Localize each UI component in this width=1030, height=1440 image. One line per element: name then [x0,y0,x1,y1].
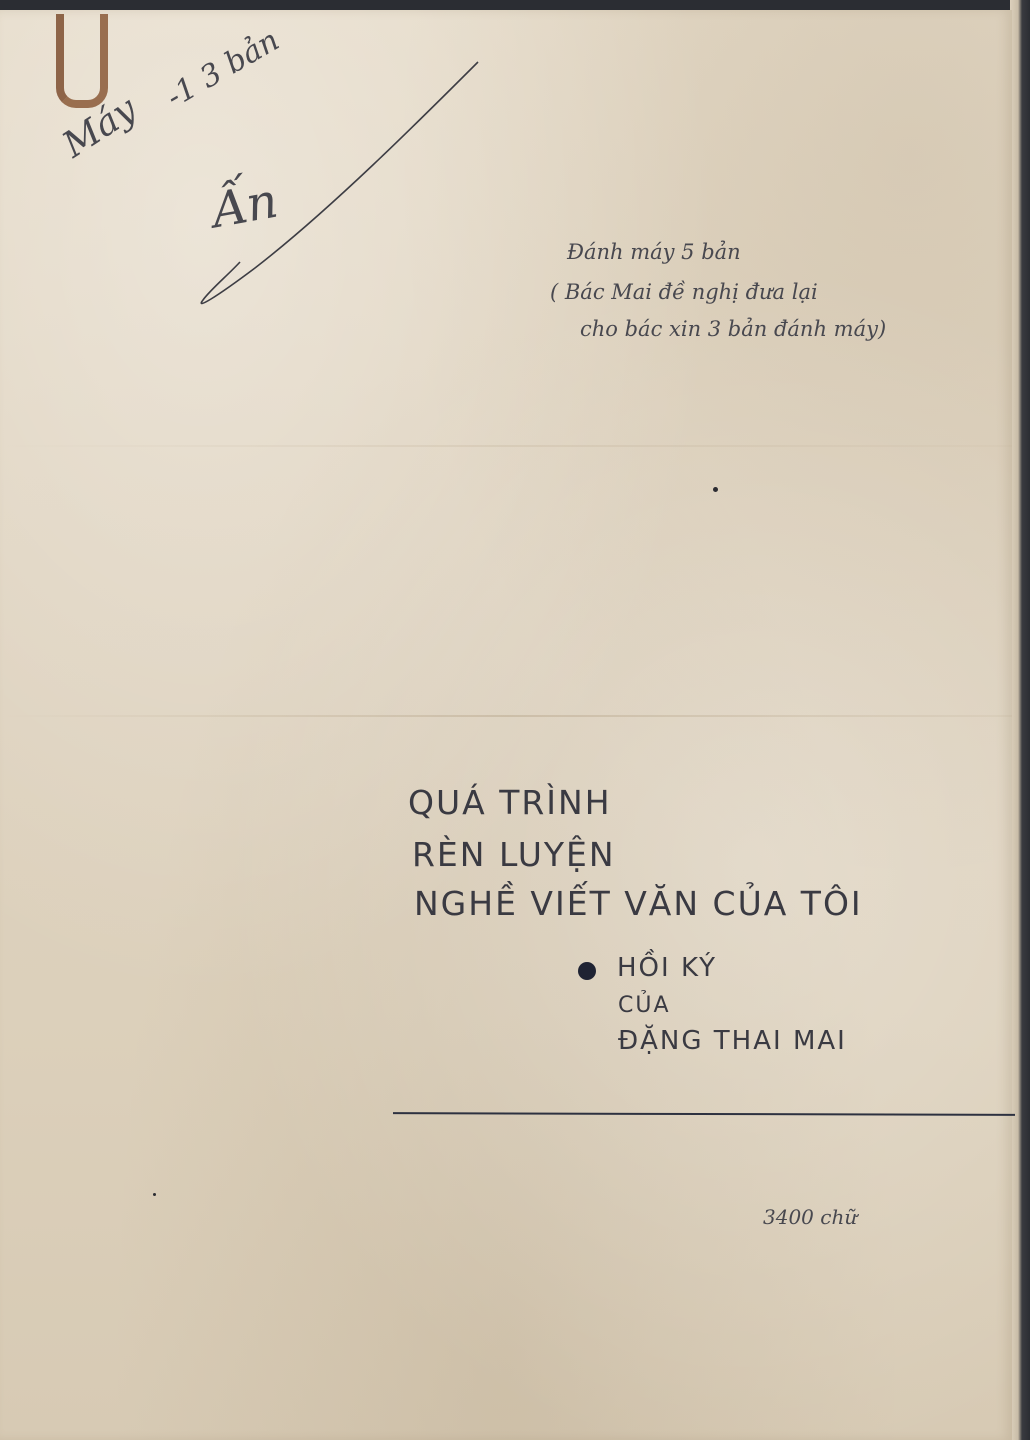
bullet-dot-icon [578,962,596,980]
ink-dot [153,1193,156,1196]
signature: Ấn [208,173,282,240]
ink-dot [713,487,718,492]
genre-label: HỒI KÝ [617,953,717,983]
title-line-3: NGHỀ VIẾT VĂN CỦA TÔI [414,884,863,923]
author-name: ĐẶNG THAI MAI [618,1026,847,1056]
typing-instruction-line-2: ( Bác Mai đề nghị đưa lại [550,280,818,304]
typing-instruction-line-1: Đánh máy 5 bản [567,240,741,264]
of-label: CỦA [618,993,671,1018]
pen-arc-stroke [0,0,1030,1440]
word-count: 3400 chữ [763,1205,857,1229]
title-line-1: QUÁ TRÌNH [408,783,612,822]
title-line-2: RÈN LUYỆN [412,835,616,874]
typing-instruction-line-3: cho bác xin 3 bản đánh máy) [580,317,886,341]
